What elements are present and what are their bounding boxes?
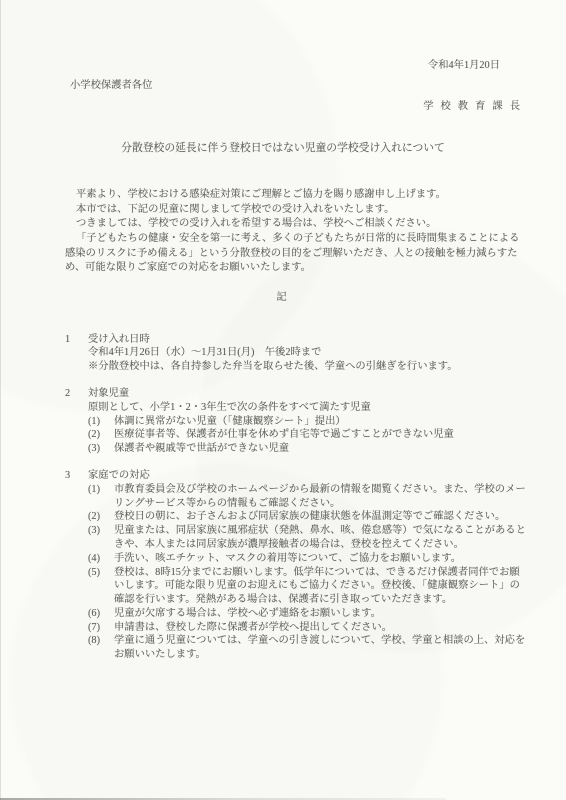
sections-block: 1 受け入れ日時 令和4年1月26日（水）～1月31日(月) 午後2時まで ※分… (65, 333, 526, 663)
intro-paragraph: 本市では、下記の児童に関しまして学校での受け入れをいたします。 (65, 203, 522, 218)
list-item: (5) 登校は、8時15分までにお願いします。低学年については、できるだけ保護者… (88, 566, 526, 607)
list-item: (3) 保護者や親戚等で世話ができない児童 (88, 442, 526, 456)
list-item-label: (3) (88, 524, 114, 552)
record-marker: 記 (0, 291, 566, 305)
document-date: 令和4年1月20日 (0, 0, 566, 73)
section-number: 3 (65, 469, 88, 483)
list-item-label: (1) (88, 483, 114, 511)
section-line: 令和4年1月26日（水）～1月31日(月) 午後2時まで (88, 346, 526, 360)
list-item-text: 体調に異常がない児童（「健康観察シート」提出） (114, 415, 526, 429)
intro-paragraph: 平素より、学校における感染症対策にご理解とご協力を賜り感謝申し上げます。 (65, 188, 522, 203)
list-item-label: (3) (88, 442, 114, 456)
list-item-text: 児童または、同居家族に風邪症状（発熱、鼻水、咳、倦怠感等）で気になることがあると… (114, 524, 526, 552)
list-item-text: 申請書は、登校した際に保護者が学校へ提出してください。 (114, 621, 526, 635)
section-line: 原則として、小学1・2・3年生で次の条件をすべて満たす児童 (88, 401, 526, 415)
list-item-text: 保護者や親戚等で世話ができない児童 (114, 442, 526, 456)
section-number: 2 (65, 387, 88, 401)
list-item: (1) 体調に異常がない児童（「健康観察シート」提出） (88, 415, 526, 429)
section-heading-row: 2 対象児童 (65, 387, 526, 401)
section-reception-hours: 1 受け入れ日時 令和4年1月26日（水）～1月31日(月) 午後2時まで ※分… (65, 333, 526, 374)
list-item-text: 医療従事者等、保護者が仕事を休めず自宅等で過ごすことができない児童 (114, 428, 526, 442)
section-heading: 対象児童 (88, 387, 129, 401)
intro-paragraph: 「子どもたちの健康・安全を第一に考え、多くの子どもたちが日常的に長時間集まること… (65, 232, 522, 276)
list-item-label: (2) (88, 428, 114, 442)
list-item: (7) 申請書は、登校した際に保護者が学校へ提出してください。 (88, 621, 526, 635)
list-item-text: 児童が欠席する場合は、学校へ必ず連絡をお願いします。 (114, 607, 526, 621)
list-item-label: (1) (88, 415, 114, 429)
section-heading: 家庭での対応 (88, 469, 150, 483)
document-title: 分散登校の延長に伴う登校日ではない児童の学校受け入れについて (0, 142, 566, 156)
list-item-label: (7) (88, 621, 114, 635)
section-body: 原則として、小学1・2・3年生で次の条件をすべて満たす児童 (1) 体調に異常が… (88, 401, 526, 456)
list-item-label: (4) (88, 552, 114, 566)
section-home-measures: 3 家庭での対応 (1) 市教育委員会及び学校のホームページから最新の情報を閲覧… (65, 469, 526, 662)
document-page: 令和4年1月20日 小学校保護者各位 学校教育課長 分散登校の延長に伴う登校日で… (0, 0, 566, 800)
section-line: ※分散登校中は、各自持参した弁当を取らせた後、学童への引継ぎを行います。 (88, 360, 526, 374)
sender-title: 学校教育課長 (0, 100, 566, 114)
list-item: (2) 登校日の朝に、お子さんおよび同居家族の健康状態を体温測定等でご確認くださ… (88, 510, 526, 524)
list-item-text: 市教育委員会及び学校のホームページから最新の情報を閲覧ください。また、学校のメー… (114, 483, 526, 511)
list-item: (2) 医療従事者等、保護者が仕事を休めず自宅等で過ごすことができない児童 (88, 428, 526, 442)
list-item-text: 登校は、8時15分までにお願いします。低学年については、できるだけ保護者同伴でお… (114, 566, 526, 607)
list-item-label: (2) (88, 510, 114, 524)
list-item: (8) 学童に通う児童については、学童への引き渡しについて、学校、学童と相談の上… (88, 634, 526, 662)
section-heading-row: 3 家庭での対応 (65, 469, 526, 483)
intro-paragraph: つきましては、学校での受け入れを希望する場合は、学校へご相談ください。 (65, 217, 522, 232)
intro-block: 平素より、学校における感染症対策にご理解とご協力を賜り感謝申し上げます。 本市で… (65, 188, 522, 276)
list-item-label: (6) (88, 607, 114, 621)
section-body: 令和4年1月26日（水）～1月31日(月) 午後2時まで ※分散登校中は、各自持… (88, 346, 526, 374)
section-eligible-children: 2 対象児童 原則として、小学1・2・3年生で次の条件をすべて満たす児童 (1)… (65, 387, 526, 456)
list-item-text: 登校日の朝に、お子さんおよび同居家族の健康状態を体温測定等でご確認ください。 (114, 510, 526, 524)
list-item: (1) 市教育委員会及び学校のホームページから最新の情報を閲覧ください。また、学… (88, 483, 526, 511)
addressee: 小学校保護者各位 (70, 79, 566, 93)
list-item: (4) 手洗い、咳エチケット、マスクの着用等について、ご協力をお願いします。 (88, 552, 526, 566)
list-item-text: 手洗い、咳エチケット、マスクの着用等について、ご協力をお願いします。 (114, 552, 526, 566)
section-heading-row: 1 受け入れ日時 (65, 333, 526, 347)
list-item-text: 学童に通う児童については、学童への引き渡しについて、学校、学童と相談の上、対応を… (114, 634, 526, 662)
section-heading: 受け入れ日時 (88, 333, 150, 347)
list-item: (3) 児童または、同居家族に風邪症状（発熱、鼻水、咳、倦怠感等）で気になること… (88, 524, 526, 552)
list-item: (6) 児童が欠席する場合は、学校へ必ず連絡をお願いします。 (88, 607, 526, 621)
section-body: (1) 市教育委員会及び学校のホームページから最新の情報を閲覧ください。また、学… (88, 483, 526, 662)
list-item-label: (5) (88, 566, 114, 607)
section-number: 1 (65, 333, 88, 347)
list-item-label: (8) (88, 634, 114, 662)
